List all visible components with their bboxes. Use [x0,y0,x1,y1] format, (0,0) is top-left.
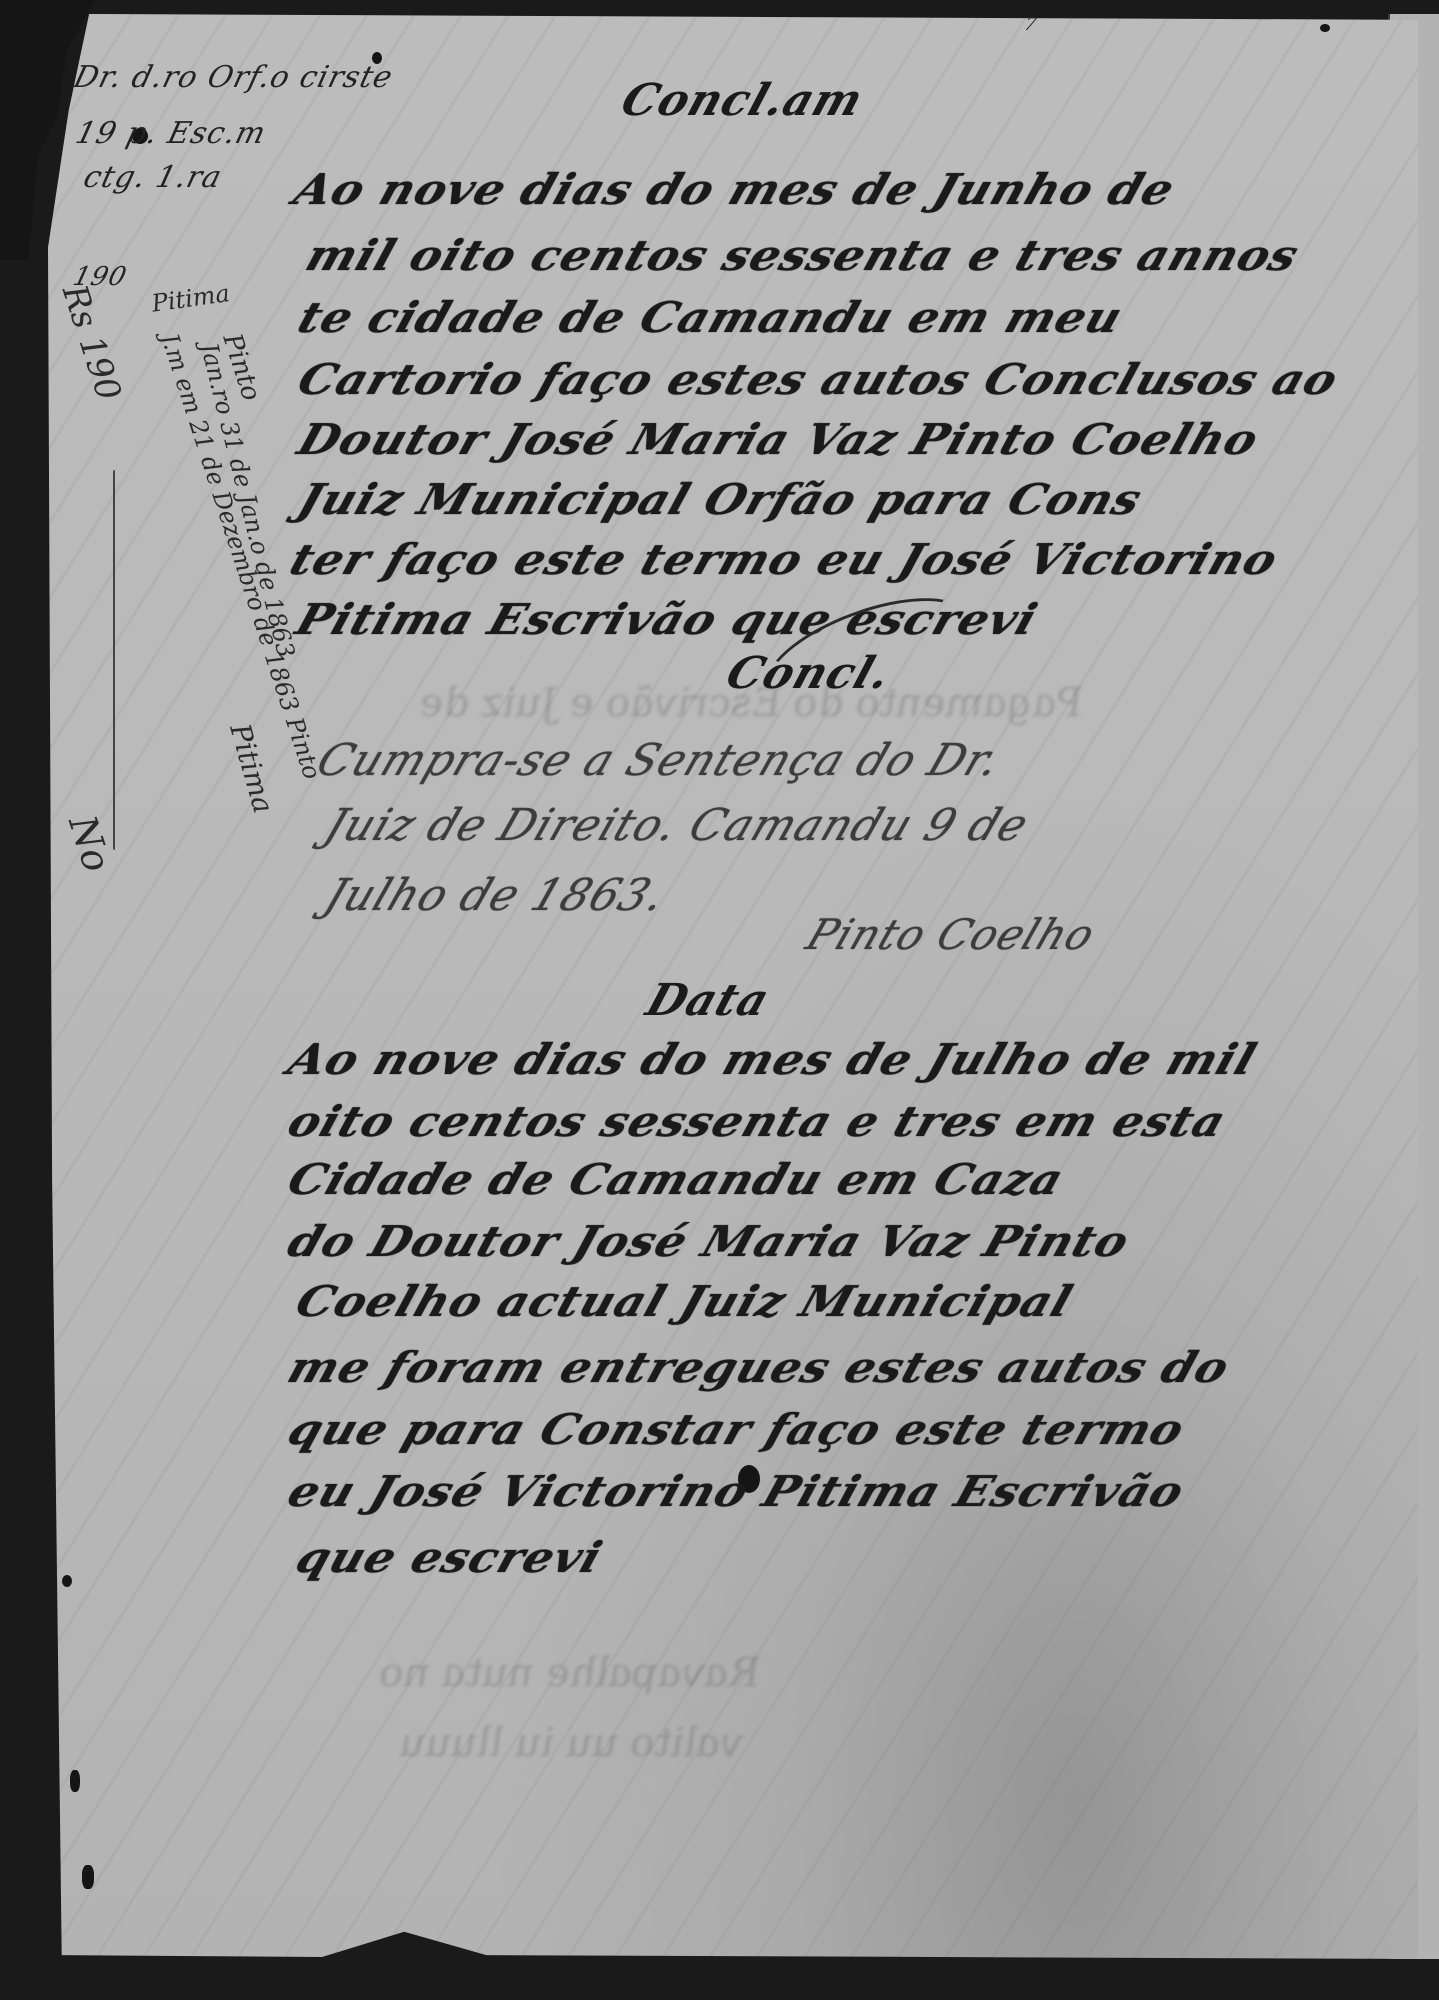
section-1-heading: Concl.am [615,75,870,126]
section-3-heading: Data [640,975,776,1026]
section-2-line: Julho de 1863. [318,870,674,921]
margin-note: Dr. d.ro Orf.o cirste [70,60,397,95]
section-1-line: ter faço este termo eu José Victorino [284,534,1285,584]
section-2-line: Cumpra-se a Sentença do Dr. [310,735,1008,786]
bleed-through-text: Ravapalhe nuta no [373,1650,768,1696]
section-3-line: do Doutor José Maria Vaz Pinto [282,1216,1136,1266]
margin-bracket-line [113,470,117,850]
section-3-line: que escrevi [290,1532,609,1582]
section-3-line: Coelho actual Juiz Municipal [290,1276,1079,1326]
section-3-line: Cidade de Camandu em Caza [282,1154,1070,1204]
judge-signature: Pinto Coelho [800,910,1102,959]
section-1-line: mil oito centos sessenta e tres annos [300,230,1305,280]
bleed-through-text: valito uu iu lluuu [393,1720,751,1766]
section-2-line: Juiz de Direito. Camandu 9 de [318,800,1036,851]
section-1-line: Ao nove dias do mes de Junho de [288,164,1181,214]
margin-note: 19 p. Esc.m [72,116,270,151]
section-1-line: Cartorio faço estes autos Conclusos ao [292,354,1345,404]
ink-blot [1320,24,1330,32]
section-3-line: Ao nove dias do mes de Julho de mil [282,1034,1263,1084]
section-3-line: que para Constar faço este termo [282,1404,1191,1454]
ink-blot [62,1575,72,1587]
section-3-line: eu José Victorino Pitima Escrivão [282,1466,1191,1516]
section-1-line: te cidade de Camandu em meu [292,292,1129,342]
margin-note: ctg. 1.ra [80,160,226,195]
ink-blot [70,1770,80,1792]
ink-blot [82,1865,94,1889]
section-1-line: Juiz Municipal Orfão para Cons [292,474,1148,524]
section-3-line: oito centos sessenta e tres em esta [282,1096,1233,1146]
section-1-line: Doutor José Maria Vaz Pinto Coelho [292,414,1265,464]
section-3-line: me foram entregues estes autos do [282,1342,1236,1392]
